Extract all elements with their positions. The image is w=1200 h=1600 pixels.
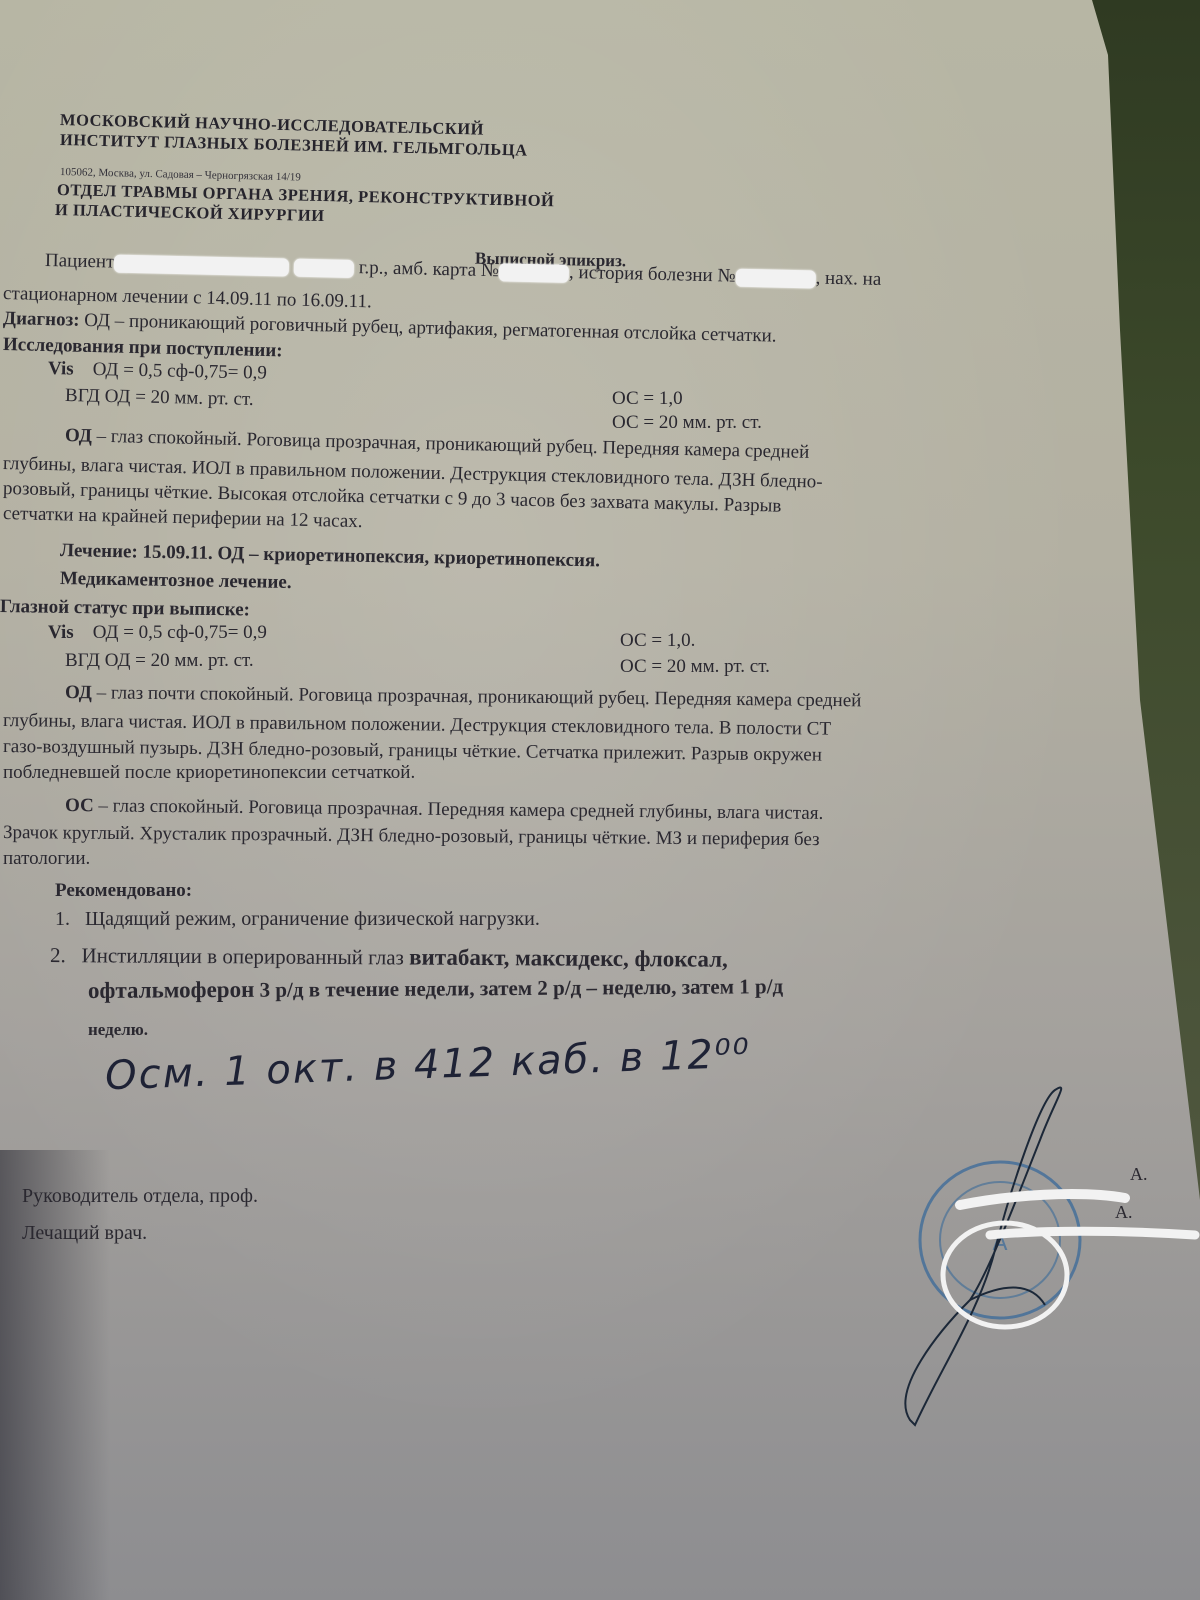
- vis-od: ОД = 0,5 сф-0,75= 0,9: [92, 359, 267, 384]
- item-number: 2.: [50, 943, 66, 967]
- patient-line: Пациент г.р., амб. карта №, история боле…: [45, 250, 882, 291]
- drug-name: офтальмоферон: [88, 977, 254, 1003]
- attending-doctor-label: Лечащий врач.: [22, 1222, 147, 1245]
- redaction-marks: [943, 1194, 1195, 1327]
- admission-od-line4: сетчатки на крайней периферии на 12 часа…: [3, 503, 363, 533]
- od-label: ОД: [65, 682, 92, 703]
- discharge-od-line1: ОД – глаз почти спокойный. Роговица проз…: [65, 682, 862, 712]
- admission-vis: Vis ОД = 0,5 сф-0,75= 0,9: [48, 358, 267, 385]
- os-label: ОС: [65, 795, 94, 816]
- vis-od: ОД = 0,5 сф-0,75= 0,9: [93, 622, 267, 643]
- admission-iop-od: ВГД ОД = 20 мм. рт. ст.: [65, 385, 254, 411]
- redacted-birth-year: [294, 258, 354, 277]
- item-text: Инстилляции в оперированный глаз: [81, 943, 409, 969]
- discharge-os-line3: патологии.: [3, 848, 90, 870]
- od-label: ОД: [65, 425, 92, 447]
- dosage: 3 р/д в течение недели, затем 2 р/д – не…: [254, 974, 783, 1002]
- discharge-vis: Vis ОД = 0,5 сф-0,75= 0,9: [48, 622, 267, 644]
- discharge-od-line4: побледневшей после криоретинопексии сетч…: [3, 762, 415, 784]
- discharge-summary-document: МОСКОВСКИЙ НАУЧНО-ИССЛЕДОВАТЕЛЬСКИЙ ИНСТ…: [0, 0, 1200, 1600]
- head-of-department-label: Руководитель отдела, проф.: [22, 1185, 258, 1208]
- discharge-iop-od: ВГД ОД = 20 мм. рт. ст.: [65, 650, 254, 672]
- recommendations-heading: Рекомендовано:: [55, 880, 192, 902]
- handwritten-note: Осм. 1 окт. в 412 каб. в 12⁰⁰: [104, 1031, 751, 1100]
- vis-label: Vis: [48, 622, 74, 643]
- history-label: , история болезни №: [569, 262, 736, 287]
- vis-label: Vis: [48, 358, 74, 380]
- signature-stroke-icon: [905, 1087, 1061, 1425]
- recommendation-2-line2: офтальмоферон 3 р/д в течение недели, за…: [88, 973, 783, 1004]
- text: – глаз спокойный. Роговица прозрачная. П…: [94, 795, 824, 824]
- discharge-heading: Глазной статус при выписке:: [0, 596, 250, 621]
- redacted-history-number: [735, 268, 815, 288]
- recommendation-2-line1: 2. Инстилляции в оперированный глаз вита…: [50, 942, 728, 973]
- patient-card-label: г.р., амб. карта №: [359, 257, 500, 281]
- admission-heading: Исследования при поступлении:: [3, 334, 283, 362]
- treatment-line: Лечение: 15.09.11. ОД – криоретинопексия…: [60, 540, 600, 572]
- discharge-iop-os: ОС = 20 мм. рт. ст.: [620, 656, 770, 678]
- discharge-od-line2: глубины, влага чистая. ИОЛ в правильном …: [3, 710, 831, 741]
- text: – глаз почти спокойный. Роговица прозрач…: [92, 682, 862, 711]
- discharge-os-line2: Зрачок круглый. Хрусталик прозрачный. ДЗ…: [3, 822, 820, 851]
- recommendation-1: 1. Щадящий режим, ограничение физической…: [55, 908, 540, 931]
- drug-list: витабакт, максидекс, флоксал,: [409, 945, 728, 972]
- recommendation-2-end: неделю.: [88, 1020, 148, 1040]
- medication-line: Медикаментозное лечение.: [60, 568, 292, 594]
- patient-label: Пациент: [45, 250, 115, 273]
- signature-and-stamp: A А. А.: [880, 1050, 1200, 1460]
- admission-vis-os: ОС = 1,0: [612, 388, 683, 410]
- item-number: 1.: [55, 908, 70, 930]
- patient-tail: , нах. на: [815, 267, 881, 289]
- signature-initial: А.: [1115, 1202, 1133, 1222]
- redacted-card-number: [499, 263, 569, 283]
- discharge-os-line1: ОС – глаз спокойный. Роговица прозрачная…: [65, 795, 823, 825]
- redacted-patient-name: [114, 254, 289, 276]
- diagnosis-label: Диагноз:: [3, 308, 80, 331]
- admission-iop-os: ОС = 20 мм. рт. ст.: [612, 412, 762, 434]
- discharge-vis-os: ОС = 1,0.: [620, 630, 695, 652]
- signature-initial: А.: [1130, 1164, 1148, 1184]
- item-text: Щадящий режим, ограничение физической на…: [85, 908, 540, 930]
